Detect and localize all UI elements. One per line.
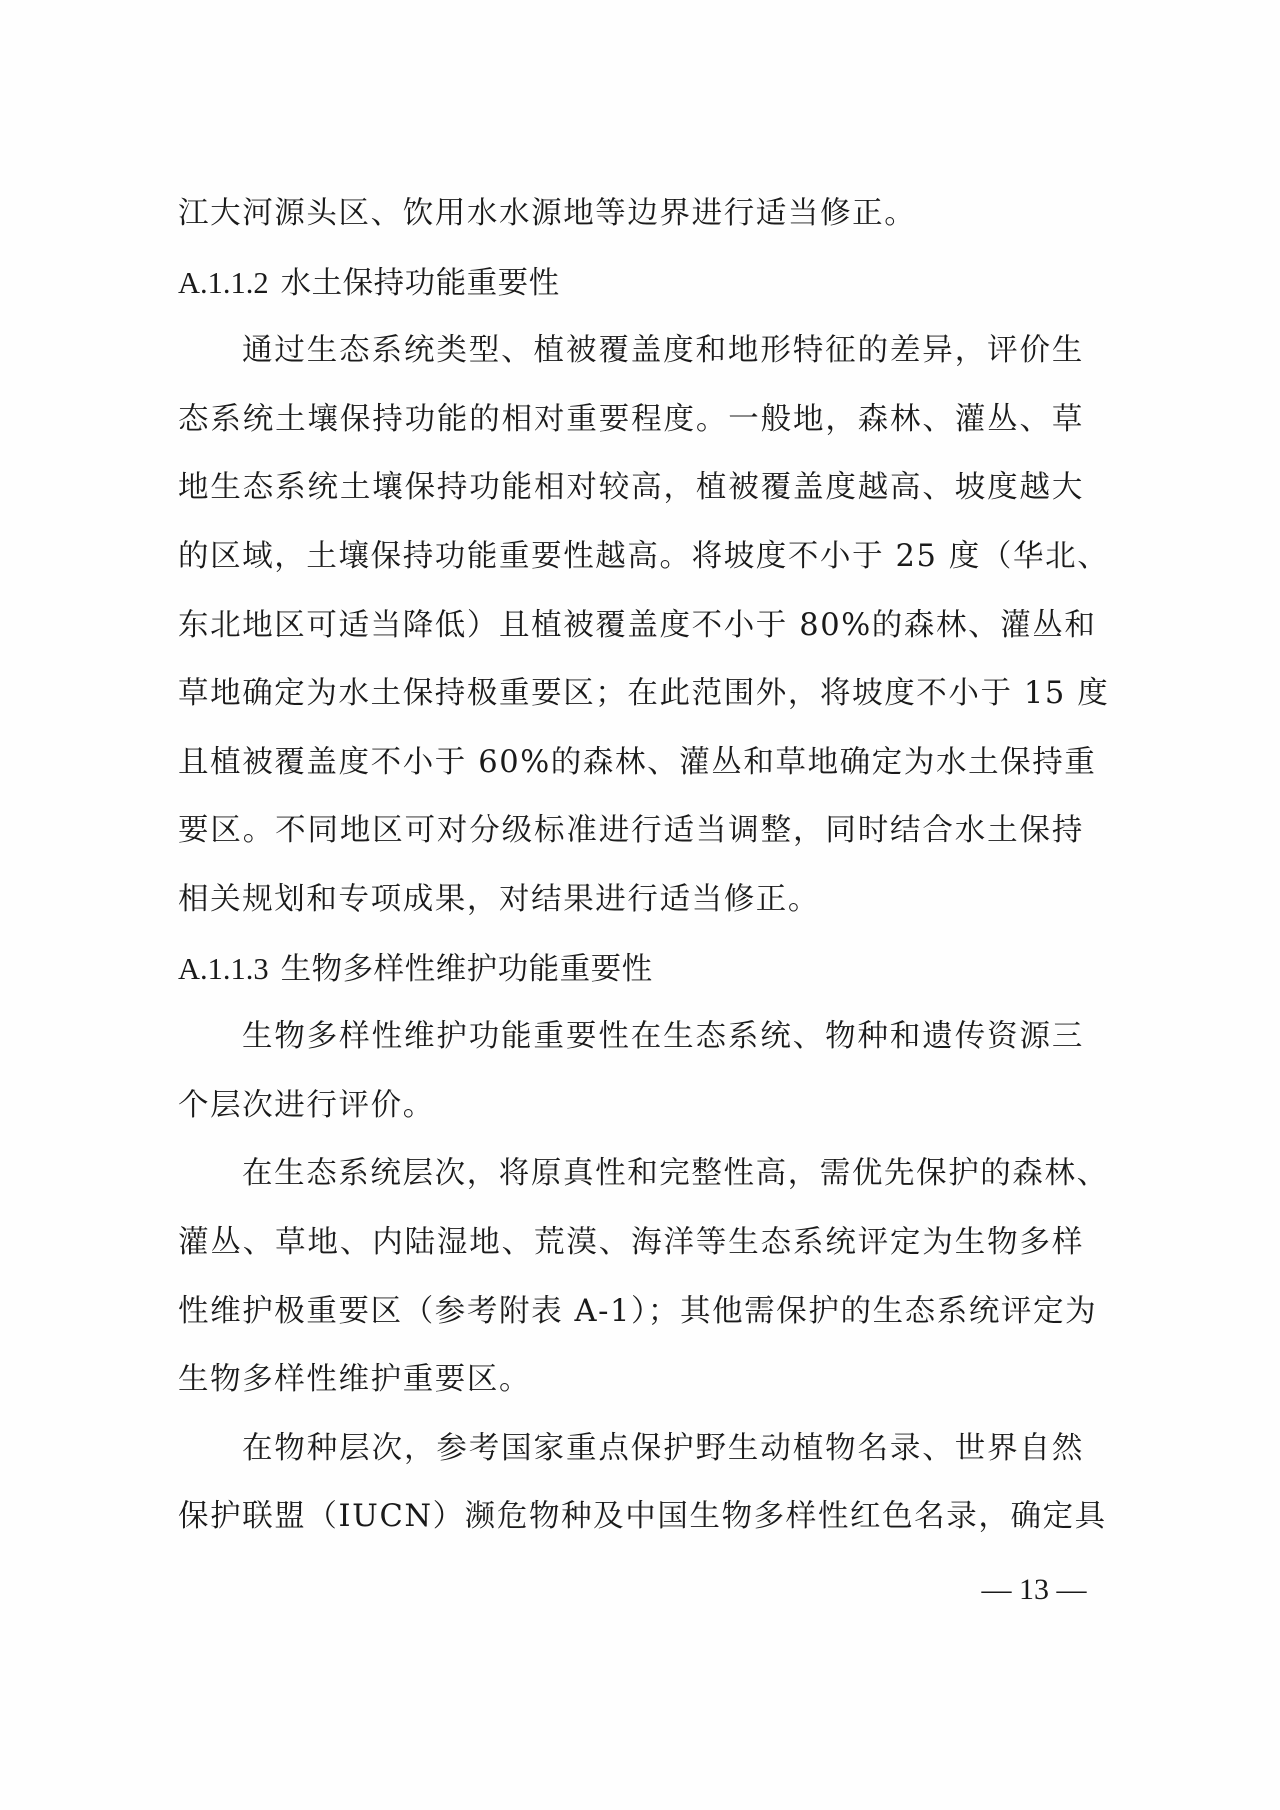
body-text-line: 生物多样性维护功能重要性在生态系统、物种和遗传资源三: [178, 1016, 1084, 1085]
section-number: A.1.1.3: [178, 952, 269, 986]
section-title: 水土保持功能重要性: [281, 266, 560, 301]
body-text-line: 东北地区可适当降低）且植被覆盖度不小于 80%的森林、灌丛和: [178, 605, 1084, 674]
body-text-line: 保护联盟（IUCN）濒危物种及中国生物多样性红色名录，确定具: [178, 1496, 1084, 1565]
body-text-line: 地生态系统土壤保持功能相对较高，植被覆盖度越高、坡度越大: [178, 467, 1084, 536]
body-text-line: 性维护极重要区（参考附表 A-1）；其他需保护的生态系统评定为: [178, 1291, 1084, 1360]
document-body: 江大河源头区、饮用水水源地等边界进行适当修正。A.1.1.2水土保持功能重要性通…: [178, 193, 1084, 1565]
page-number: — 13 —: [972, 1570, 1096, 1610]
section-number: A.1.1.2: [178, 266, 269, 300]
body-text-line: 要区。不同地区可对分级标准进行适当调整，同时结合水土保持: [178, 810, 1084, 879]
document-page: 江大河源头区、饮用水水源地等边界进行适当修正。A.1.1.2水土保持功能重要性通…: [0, 0, 1280, 1810]
body-text-line: 生物多样性维护重要区。: [178, 1359, 1084, 1428]
body-text-line: 在物种层次，参考国家重点保护野生动植物名录、世界自然: [178, 1428, 1084, 1497]
section-title: 生物多样性维护功能重要性: [281, 952, 653, 987]
body-text-line: 且植被覆盖度不小于 60%的森林、灌丛和草地确定为水土保持重: [178, 742, 1084, 811]
body-text-line: 灌丛、草地、内陆湿地、荒漠、海洋等生态系统评定为生物多样: [178, 1222, 1084, 1291]
body-text-line: 在生态系统层次，将原真性和完整性高，需优先保护的森林、: [178, 1153, 1084, 1222]
body-text-line: 的区域，土壤保持功能重要性越高。将坡度不小于 25 度（华北、: [178, 536, 1084, 605]
section-heading: A.1.1.3生物多样性维护功能重要性: [178, 948, 1084, 1017]
body-text-line: 江大河源头区、饮用水水源地等边界进行适当修正。: [178, 193, 1084, 262]
body-text-line: 态系统土壤保持功能的相对重要程度。一般地，森林、灌丛、草: [178, 399, 1084, 468]
section-heading: A.1.1.2水土保持功能重要性: [178, 262, 1084, 331]
body-text-line: 通过生态系统类型、植被覆盖度和地形特征的差异，评价生: [178, 330, 1084, 399]
body-text-line: 个层次进行评价。: [178, 1085, 1084, 1154]
body-text-line: 相关规划和专项成果，对结果进行适当修正。: [178, 879, 1084, 948]
body-text-line: 草地确定为水土保持极重要区；在此范围外，将坡度不小于 15 度: [178, 673, 1084, 742]
